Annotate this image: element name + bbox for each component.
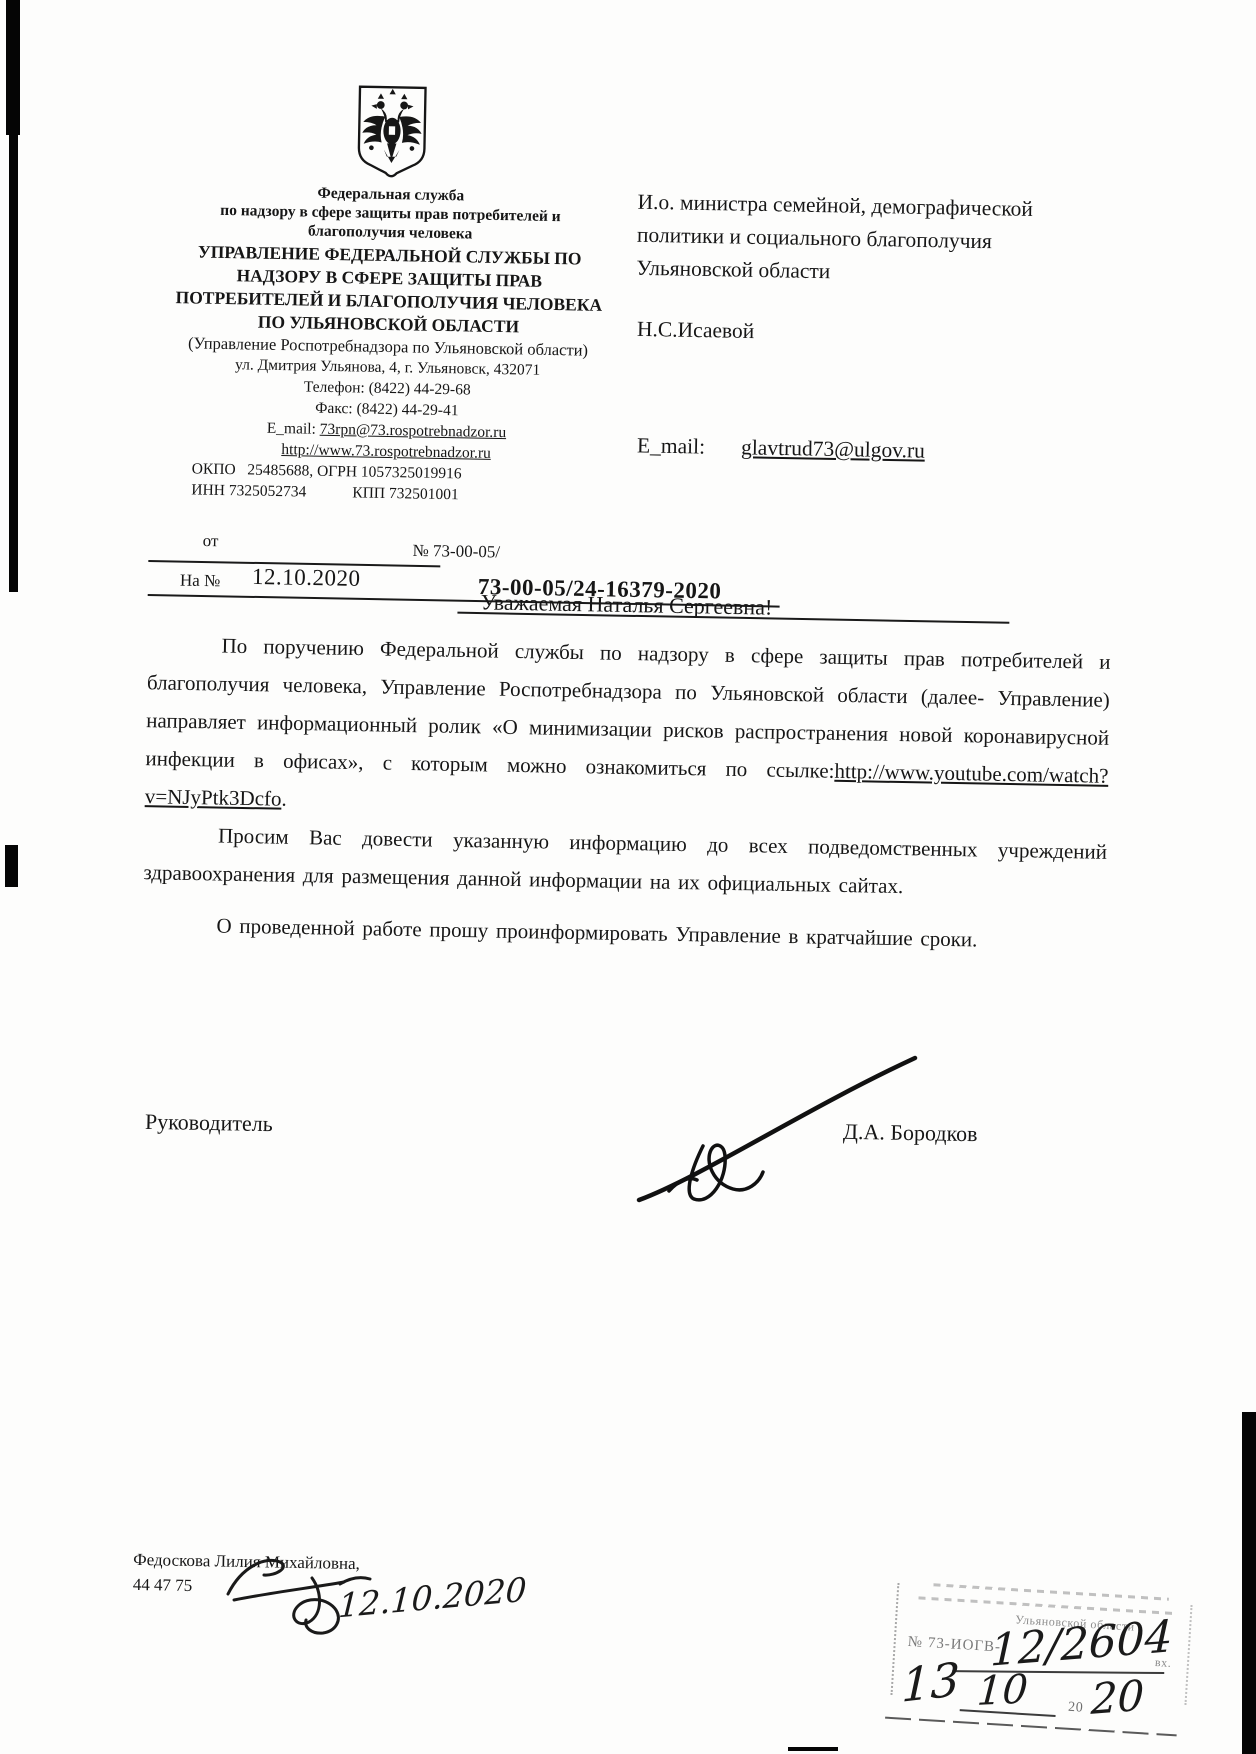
signer-name: Д.А. Бородков: [843, 1119, 978, 1147]
stamp-month: 10: [976, 1667, 1030, 1715]
stamp-day: 13: [901, 1652, 961, 1713]
scan-artifact-left-mid: [9, 130, 18, 592]
kpp-value: КПП 732501001: [352, 484, 459, 503]
addressee-position: И.о. министра семейной, демографической …: [636, 186, 1106, 294]
addressee-email-line: E_mail:glavtrud73@ulgov.ru: [637, 433, 925, 463]
stamp-illegible-line: [933, 1583, 1169, 1600]
outgoing-number-prefix: № 73-00-05/: [412, 541, 500, 563]
russian-coat-of-arms-icon: [352, 83, 432, 181]
signer-position: Руководитель: [145, 1109, 273, 1137]
addressee-name: Н.С.Исаевой: [637, 317, 755, 344]
letter-body: По поручению Федеральной службы по надзо…: [142, 625, 1111, 961]
stamp-border-right: [1184, 1605, 1192, 1705]
registration-stamp: Ульяновской области № 73-ИОГВ- 12/2604 в…: [889, 1577, 1193, 1741]
stamp-year-prefix: 20: [1068, 1700, 1084, 1717]
scan-artifact-right-strip: [1242, 1412, 1256, 1754]
scan-artifact-left-blob: [5, 845, 18, 887]
department-name: УПРАВЛЕНИЕ ФЕДЕРАЛЬНОЙ СЛУЖБЫ ПО НАДЗОРУ…: [162, 240, 616, 340]
inn-value: ИНН 7325052734: [191, 481, 306, 500]
letterhead: Федеральная служба по надзору в сфере за…: [159, 80, 619, 508]
paragraph-1: По поручению Федеральной службы по надзо…: [145, 625, 1111, 833]
stamp-year-handwritten: 20: [1090, 1671, 1145, 1724]
addressee-email: glavtrud73@ulgov.ru: [741, 435, 925, 462]
paragraph-2: Просим Вас довести указанную информацию …: [143, 815, 1107, 909]
addressee-email-label: E_mail:: [637, 433, 706, 458]
paragraph-1-period: .: [281, 787, 287, 811]
scan-artifact-bottom-line: [788, 1747, 838, 1751]
scanned-letter-page: Федеральная служба по надзору в сфере за…: [0, 0, 1256, 1754]
from-label: от: [203, 531, 219, 551]
paragraph-3: О проведенной работе прошу проинформиров…: [142, 905, 1106, 961]
website-url: http://www.73.rospotrebnadzor.ru: [281, 441, 491, 462]
scan-artifact-left-top: [6, 0, 20, 135]
stamp-illegible-line: [918, 1596, 1174, 1615]
stamp-suffix: вх.: [1155, 1655, 1172, 1671]
email-address: 73rpn@73.rospotrebnadzor.ru: [320, 421, 507, 441]
email-label: E_mail:: [267, 420, 316, 438]
stamp-border-left: [891, 1583, 900, 1695]
